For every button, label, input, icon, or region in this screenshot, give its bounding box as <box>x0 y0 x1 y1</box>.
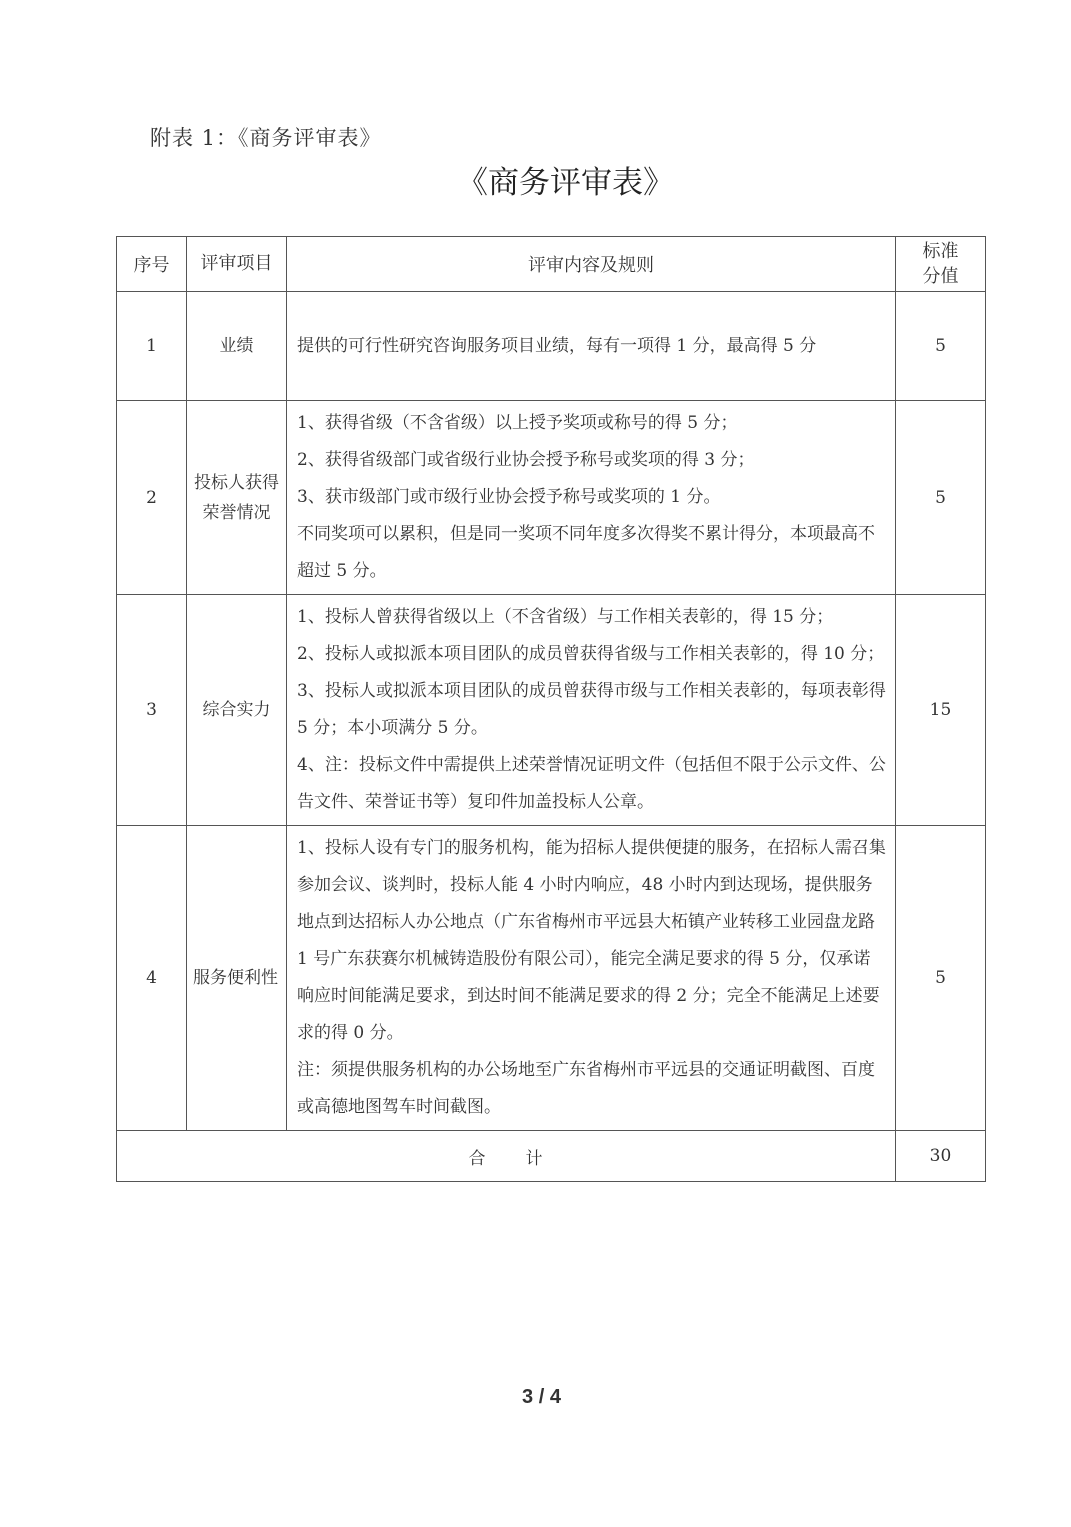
row-item: 服务便利性 <box>187 826 287 1131</box>
row-score: 5 <box>896 826 986 1131</box>
header-score-line2: 分值 <box>897 264 984 289</box>
row-score: 5 <box>896 292 986 401</box>
rule-text: 2、获得省级部门或省级行业协会授予称号或奖项的得 3 分； <box>297 442 887 479</box>
row-item: 业绩 <box>187 292 287 401</box>
rule-text: 3、投标人或拟派本项目团队的成员曾获得市级与工作相关表彰的，每项表彰得 5 分；… <box>297 673 887 747</box>
rule-text: 1、获得省级（不含省级）以上授予奖项或称号的得 5 分； <box>297 405 887 442</box>
total-score: 30 <box>896 1131 986 1182</box>
header-score-line1: 标准 <box>897 239 984 264</box>
document-title: 《商务评审表》 <box>0 157 1071 202</box>
header-rule: 评审内容及规则 <box>287 237 896 292</box>
row-item: 综合实力 <box>187 595 287 826</box>
rule-text: 注：须提供服务机构的办公场地至广东省梅州市平远县的交通证明截图、百度或高德地图驾… <box>297 1052 887 1126</box>
row-no: 1 <box>117 292 187 401</box>
row-no: 3 <box>117 595 187 826</box>
rule-text: 1、投标人设有专门的服务机构，能为招标人提供便捷的服务，在招标人需召集参加会议、… <box>297 830 887 1052</box>
table-row: 4 服务便利性 1、投标人设有专门的服务机构，能为招标人提供便捷的服务，在招标人… <box>117 826 986 1131</box>
table-row: 1 业绩 提供的可行性研究咨询服务项目业绩，每有一项得 1 分，最高得 5 分 … <box>117 292 986 401</box>
appendix-label: 附表 1：《商务评审表》 <box>150 122 382 152</box>
table-row: 3 综合实力 1、投标人曾获得省级以上（不含省级）与工作相关表彰的，得 15 分… <box>117 595 986 826</box>
row-rules: 提供的可行性研究咨询服务项目业绩，每有一项得 1 分，最高得 5 分 <box>287 292 896 401</box>
total-row: 合计 30 <box>117 1131 986 1182</box>
table-header-row: 序号 评审项目 评审内容及规则 标准 分值 <box>117 237 986 292</box>
rule-text: 4、注：投标文件中需提供上述荣誉情况证明文件（包括但不限于公示文件、公告文件、荣… <box>297 747 887 821</box>
row-rules: 1、投标人曾获得省级以上（不含省级）与工作相关表彰的，得 15 分； 2、投标人… <box>287 595 896 826</box>
rule-text: 3、获市级部门或市级行业协会授予称号或奖项的 1 分。 <box>297 479 887 516</box>
header-item: 评审项目 <box>187 237 287 292</box>
page-number: 3 / 4 <box>0 1386 1071 1409</box>
business-review-table: 序号 评审项目 评审内容及规则 标准 分值 1 业绩 提供的可行性研究咨询服务项… <box>116 236 986 1182</box>
row-score: 15 <box>896 595 986 826</box>
row-rules: 1、获得省级（不含省级）以上授予奖项或称号的得 5 分； 2、获得省级部门或省级… <box>287 401 896 595</box>
rule-text: 2、投标人或拟派本项目团队的成员曾获得省级与工作相关表彰的，得 10 分； <box>297 636 887 673</box>
rule-text: 提供的可行性研究咨询服务项目业绩，每有一项得 1 分，最高得 5 分 <box>297 328 887 365</box>
row-score: 5 <box>896 401 986 595</box>
total-label: 合计 <box>117 1131 896 1182</box>
table-row: 2 投标人获得荣誉情况 1、获得省级（不含省级）以上授予奖项或称号的得 5 分；… <box>117 401 986 595</box>
rule-text: 1、投标人曾获得省级以上（不含省级）与工作相关表彰的，得 15 分； <box>297 599 887 636</box>
header-no: 序号 <box>117 237 187 292</box>
header-score: 标准 分值 <box>896 237 986 292</box>
row-rules: 1、投标人设有专门的服务机构，能为招标人提供便捷的服务，在招标人需召集参加会议、… <box>287 826 896 1131</box>
row-item: 投标人获得荣誉情况 <box>187 401 287 595</box>
row-no: 4 <box>117 826 187 1131</box>
rule-text: 不同奖项可以累积，但是同一奖项不同年度多次得奖不累计得分，本项最高不超过 5 分… <box>297 516 887 590</box>
row-no: 2 <box>117 401 187 595</box>
